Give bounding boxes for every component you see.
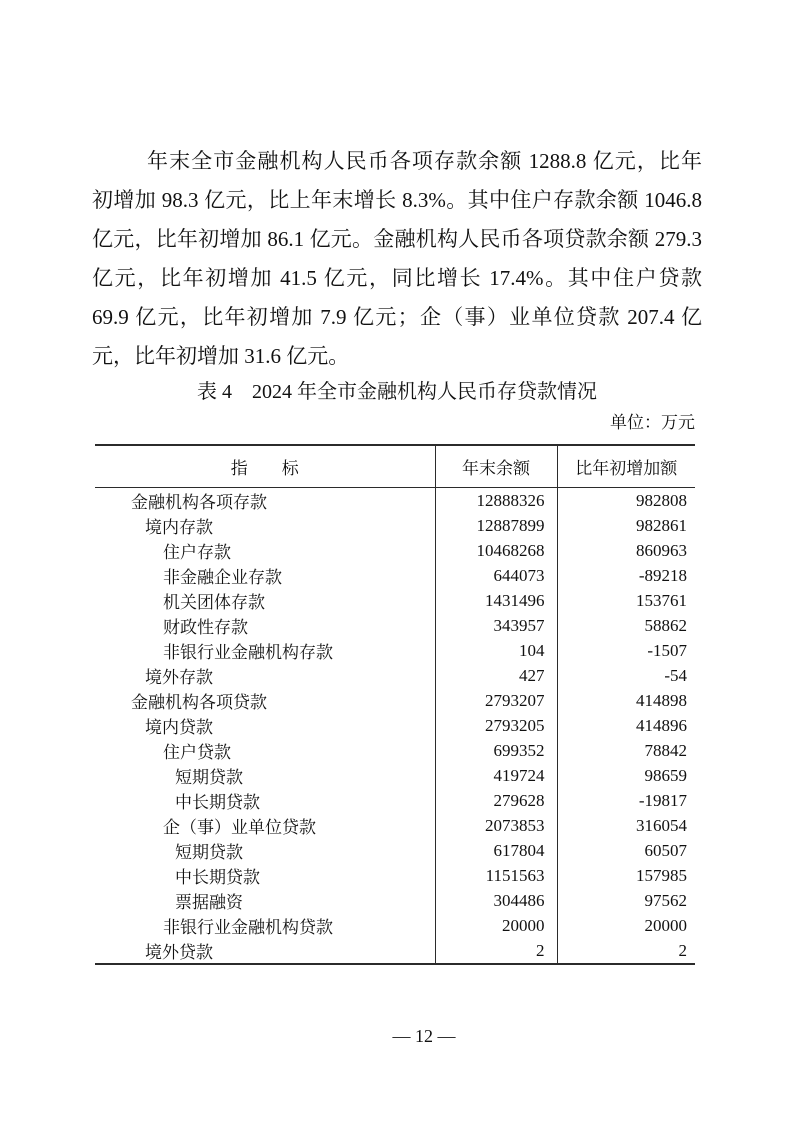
change-cell: 414898 [557,688,695,713]
balance-cell: 12888326 [435,488,557,514]
table-row: 住户贷款69935278842 [95,738,695,763]
indicator-cell: 财政性存款 [95,613,435,638]
indicator-cell: 非金融企业存款 [95,563,435,588]
balance-cell: 617804 [435,838,557,863]
indicator-cell: 境外贷款 [95,938,435,964]
table-row: 企（事）业单位贷款2073853316054 [95,813,695,838]
change-cell: 98659 [557,763,695,788]
balance-cell: 104 [435,638,557,663]
table-header: 指 标 年末余额 比年初增加额 [95,445,695,488]
header-row: 指 标 年末余额 比年初增加额 [95,445,695,488]
table-row: 金融机构各项贷款2793207414898 [95,688,695,713]
change-cell: 97562 [557,888,695,913]
page-number: — 12 — [393,1024,456,1048]
change-cell: -1507 [557,638,695,663]
change-cell: 78842 [557,738,695,763]
balance-cell: 2073853 [435,813,557,838]
balance-cell: 279628 [435,788,557,813]
table-row: 非银行业金融机构贷款2000020000 [95,913,695,938]
table-row: 短期贷款61780460507 [95,838,695,863]
table-row: 境内贷款2793205414896 [95,713,695,738]
table-unit-note: 单位：万元 [92,411,695,435]
paragraph-line: 元，比年初增加 31.6 亿元。 [92,337,702,376]
indicator-cell: 非银行业金融机构贷款 [95,913,435,938]
balance-cell: 2 [435,938,557,964]
balance-cell: 427 [435,663,557,688]
change-cell: 2 [557,938,695,964]
body-paragraph: 年末全市金融机构人民币各项存款余额 1288.8 亿元，比年初增加 98.3 亿… [92,142,702,376]
table-row: 境外贷款22 [95,938,695,964]
balance-cell: 1151563 [435,863,557,888]
indicator-cell: 中长期贷款 [95,788,435,813]
balance-cell: 304486 [435,888,557,913]
indicator-cell: 金融机构各项贷款 [95,688,435,713]
change-cell: 60507 [557,838,695,863]
col-header-balance: 年末余额 [435,445,557,488]
paragraph-line: 年末全市金融机构人民币各项存款余额 1288.8 亿元，比年 [92,142,702,181]
balance-cell: 10468268 [435,538,557,563]
table-row: 中长期贷款1151563157985 [95,863,695,888]
balance-cell: 2793205 [435,713,557,738]
balance-cell: 20000 [435,913,557,938]
balance-cell: 2793207 [435,688,557,713]
change-cell: 20000 [557,913,695,938]
indicator-cell: 境内贷款 [95,713,435,738]
indicator-cell: 金融机构各项存款 [95,488,435,514]
table-row: 非金融企业存款644073-89218 [95,563,695,588]
change-cell: 982861 [557,513,695,538]
indicator-cell: 非银行业金融机构存款 [95,638,435,663]
table-title: 表 4 2024 年全市金融机构人民币存贷款情况 [92,378,702,406]
table-row: 境内存款12887899982861 [95,513,695,538]
change-cell: 982808 [557,488,695,514]
balance-cell: 644073 [435,563,557,588]
change-cell: 860963 [557,538,695,563]
table-row: 境外存款427-54 [95,663,695,688]
table-row: 机关团体存款1431496153761 [95,588,695,613]
indicator-cell: 境外存款 [95,663,435,688]
change-cell: -89218 [557,563,695,588]
table-row: 票据融资30448697562 [95,888,695,913]
change-cell: 58862 [557,613,695,638]
paragraph-line: 亿元，比年初增加 41.5 亿元，同比增长 17.4%。其中住户贷款 [92,259,702,298]
indicator-cell: 中长期贷款 [95,863,435,888]
change-cell: -19817 [557,788,695,813]
change-cell: 414896 [557,713,695,738]
indicator-cell: 票据融资 [95,888,435,913]
balance-cell: 12887899 [435,513,557,538]
balance-cell: 343957 [435,613,557,638]
table-row: 中长期贷款279628-19817 [95,788,695,813]
deposits-loans-table: 指 标 年末余额 比年初增加额 金融机构各项存款12888326982808境内… [95,444,695,965]
change-cell: 316054 [557,813,695,838]
indicator-cell: 短期贷款 [95,763,435,788]
balance-cell: 699352 [435,738,557,763]
indicator-cell: 企（事）业单位贷款 [95,813,435,838]
change-cell: -54 [557,663,695,688]
indicator-cell: 住户贷款 [95,738,435,763]
table-row: 金融机构各项存款12888326982808 [95,488,695,514]
table-row: 住户存款10468268860963 [95,538,695,563]
indicator-cell: 短期贷款 [95,838,435,863]
paragraph-line: 69.9 亿元，比年初增加 7.9 亿元；企（事）业单位贷款 207.4 亿 [92,298,702,337]
paragraph-line: 亿元，比年初增加 86.1 亿元。金融机构人民币各项贷款余额 279.3 [92,220,702,259]
table-body: 金融机构各项存款12888326982808境内存款12887899982861… [95,488,695,965]
paragraph-line: 初增加 98.3 亿元，比上年末增长 8.3%。其中住户存款余额 1046.8 [92,181,702,220]
table-row: 非银行业金融机构存款104-1507 [95,638,695,663]
col-header-change: 比年初增加额 [557,445,695,488]
balance-cell: 1431496 [435,588,557,613]
change-cell: 157985 [557,863,695,888]
indicator-cell: 住户存款 [95,538,435,563]
change-cell: 153761 [557,588,695,613]
table-row: 财政性存款34395758862 [95,613,695,638]
col-header-indicator: 指 标 [95,445,435,488]
document-page: 年末全市金融机构人民币各项存款余额 1288.8 亿元，比年初增加 98.3 亿… [0,0,793,1122]
table-row: 短期贷款41972498659 [95,763,695,788]
balance-cell: 419724 [435,763,557,788]
indicator-cell: 机关团体存款 [95,588,435,613]
indicator-cell: 境内存款 [95,513,435,538]
